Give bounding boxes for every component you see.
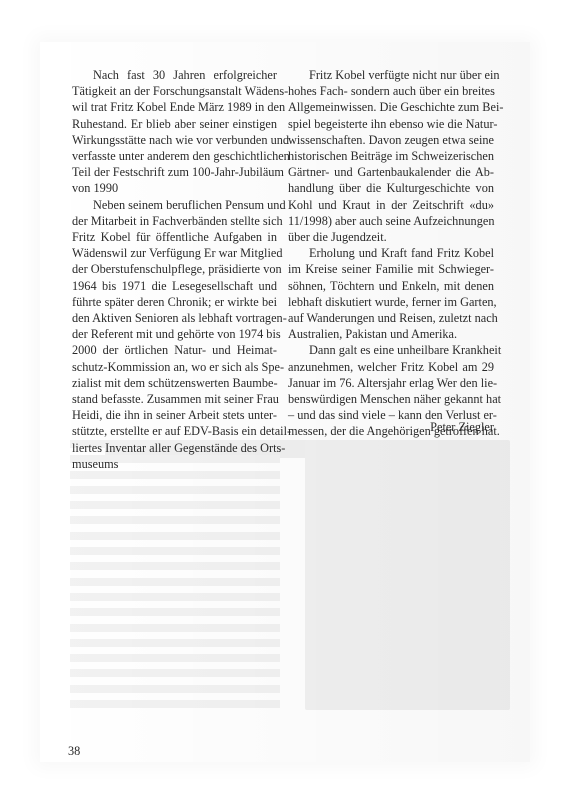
text-line: 1964 bis 1971 die Lesegesellschaft und (51, 278, 277, 294)
text-line: von 1990 (51, 180, 277, 196)
text-line: Gärtner- und Gartenbaukalender die Ab- (267, 164, 494, 180)
text-line: Wirkungsstätte nach wie vor verbunden un… (51, 132, 277, 148)
text-line: der Referent mit und gehörte von 1974 bi… (51, 326, 277, 342)
text-line: söhnen, Töchtern und Enkeln, mit denen (267, 278, 494, 294)
paragraph-public-duties: Neben seinem beruflichen Pensum und der … (72, 197, 277, 472)
text-line: der Mitarbeit in Fachverbänden stellte s… (51, 213, 277, 229)
text-line: 2000 der örtlichen Natur- und Heimat- (51, 342, 277, 358)
text-line: anzunehmen, welcher Fritz Kobel am 29 (267, 359, 494, 375)
text-line: spiel begeisterte ihn ebenso wie die Nat… (267, 116, 494, 132)
text-line: den Aktiven Senioren als lebhaft vortrag… (51, 310, 277, 326)
text-line: stützte, erstellte er auf EDV-Basis ein … (51, 423, 277, 439)
text-line: hohes Fach- sondern auch über ein breite… (267, 83, 494, 99)
paragraph-interests: Fritz Kobel verfügte nicht nur über ein … (288, 67, 494, 245)
text-line: Nach fast 30 Jahren erfolgreicher (72, 67, 277, 83)
text-line: Dann galt es eine unheilbare Krankheit (288, 342, 494, 358)
text-line: Neben seinem beruflichen Pensum und (72, 197, 277, 213)
text-line: Teil der Festschrift zum 100-Jahr-Jubilä… (51, 164, 277, 180)
text-line: benswürdigen Menschen näher gekannt hat (267, 391, 494, 407)
text-line: Fritz Kobel verfügte nicht nur über ein (288, 67, 494, 83)
text-line: museums (51, 456, 277, 472)
text-line: Ruhestand. Er blieb aber seiner einstige… (51, 116, 277, 132)
left-text-column: Nach fast 30 Jahren erfolgreicher Tätigk… (72, 67, 277, 472)
text-line: verfasste unter anderem den geschichtlic… (51, 148, 277, 164)
text-line: über die Jugendzeit. (267, 229, 494, 245)
text-line: Erholung und Kraft fand Fritz Kobel (288, 245, 494, 261)
text-line: stand befasste. Zusammen mit seiner Frau (51, 391, 277, 407)
text-line: historischen Beiträge im Schweizerischen (267, 148, 494, 164)
text-line: Allgemeinwissen. Die Geschichte zum Bei- (267, 99, 494, 115)
author-signature: Peter Ziegler (288, 419, 494, 435)
text-line: wil trat Fritz Kobel Ende März 1989 in d… (51, 99, 277, 115)
text-line: Heidi, die ihn in seiner Arbeit stets un… (51, 407, 277, 423)
paragraph-family: Erholung und Kraft fand Fritz Kobel im K… (288, 245, 494, 342)
right-text-column: Fritz Kobel verfügte nicht nur über ein … (288, 67, 494, 440)
text-line: Fritz Kobel für öffentliche Aufgaben in (51, 229, 277, 245)
text-line: wissenschaften. Davon zeugen etwa seine (267, 132, 494, 148)
text-line: handlung über die Kulturgeschichte von (267, 180, 494, 196)
text-line: im Kreise seiner Familie mit Schwieger- (267, 261, 494, 277)
text-line: Wädenswil zur Verfügung Er war Mitglied (51, 245, 277, 261)
text-line: Tätigkeit an der Forschungsanstalt Wäden… (51, 83, 277, 99)
page-number: 38 (68, 744, 80, 759)
text-line: zialist mit dem schützenswerten Baumbe- (51, 375, 277, 391)
paragraph-retirement: Nach fast 30 Jahren erfolgreicher Tätigk… (72, 67, 277, 197)
text-line: Kohl und Kraut in der Zeitschrift «du» (267, 197, 494, 213)
text-line: Januar im 76. Altersjahr erlag Wer den l… (267, 375, 494, 391)
text-line: liertes Inventar aller Gegenstände des O… (51, 440, 277, 456)
text-line: lebhaft diskutiert wurde, ferner im Gart… (267, 294, 494, 310)
text-line: schutz-Kommission an, wo er sich als Spe… (51, 359, 277, 375)
text-line: auf Wanderungen und Reisen, zuletzt nach (267, 310, 494, 326)
text-line: der Oberstufenschulpflege, präsidierte v… (51, 261, 277, 277)
text-line: 11/1998) aber auch seine Aufzeichnungen (267, 213, 494, 229)
text-line: führte später deren Chronik; er wirkte b… (51, 294, 277, 310)
text-line: Australien, Pakistan und Amerika. (267, 326, 494, 342)
